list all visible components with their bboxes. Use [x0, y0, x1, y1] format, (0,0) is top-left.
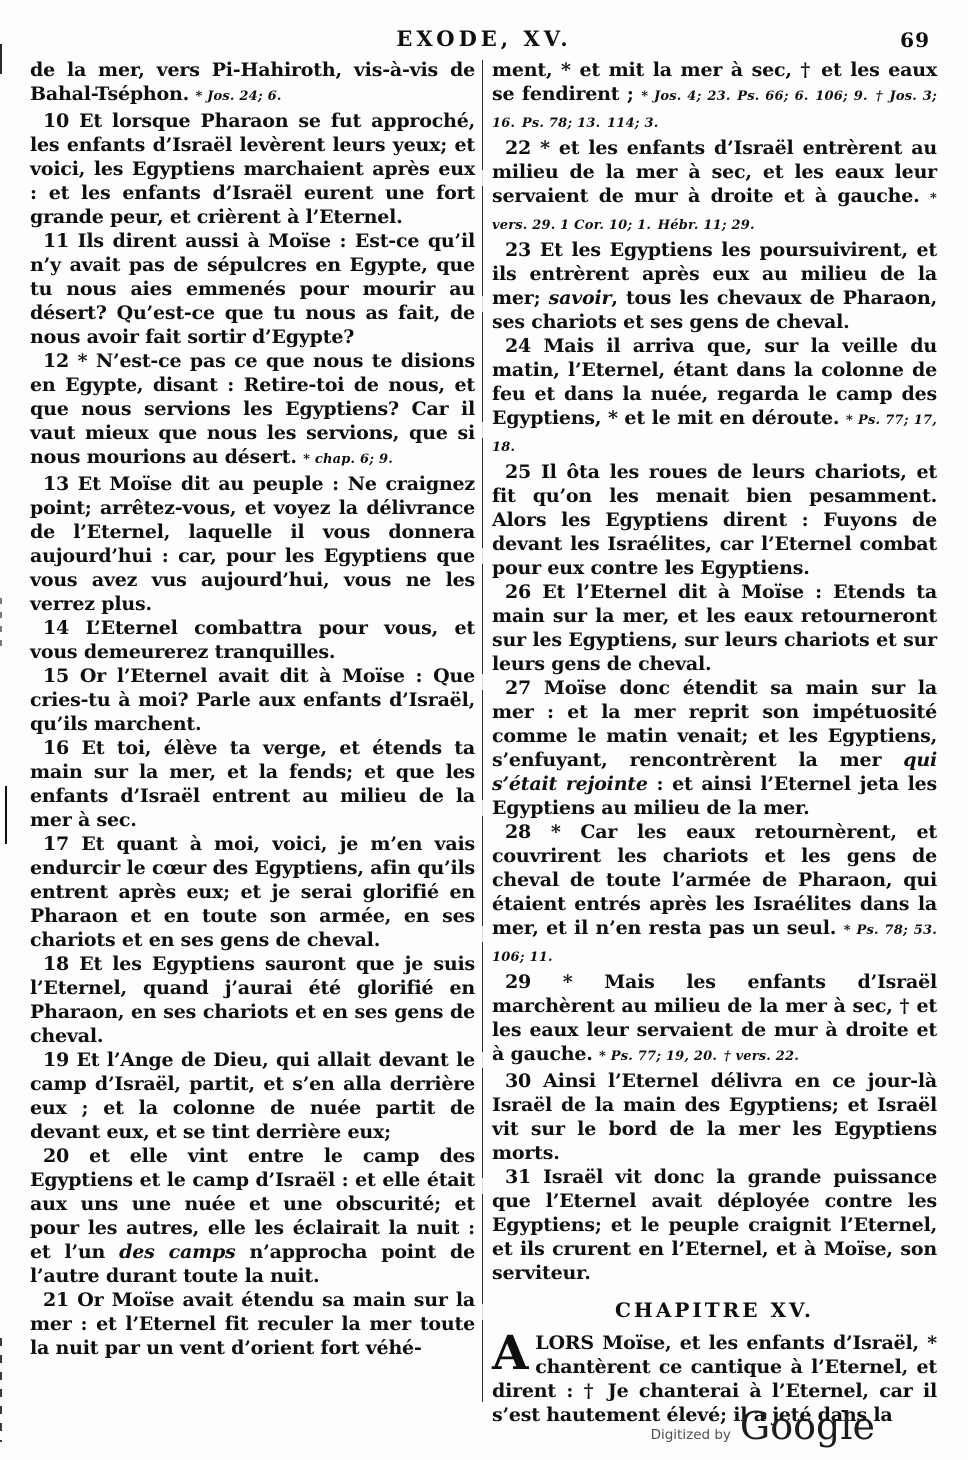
- text-run: 22 * et les enfants d’Israël entrèrent a…: [492, 137, 937, 207]
- paragraph: 18 Et les Egyptiens sauront que je suis …: [30, 952, 475, 1048]
- paragraph: 15 Or l’Eternel avait dit à Moïse : Que …: [30, 664, 475, 736]
- text-run: 19 Et l’Ange de Dieu, qui allait devant …: [30, 1049, 475, 1143]
- text-run: 17 Et quant à moi, voici, je m’en vais e…: [30, 833, 475, 951]
- scan-footer: Digitized by Google: [651, 1404, 875, 1448]
- paragraph: 29 * Mais les enfants d’Israël marchèren…: [492, 970, 937, 1069]
- paragraph: ment, * et mit la mer à sec, † et les ea…: [492, 58, 937, 136]
- crossref: * chap. 6; 9.: [303, 452, 393, 467]
- paragraph: 17 Et quant à moi, voici, je m’en vais e…: [30, 832, 475, 952]
- column-left: de la mer, vers Pi-Hahiroth, vis-à-vis d…: [30, 58, 475, 1427]
- text-run: 21 Or Moïse avait étendu sa main sur la …: [30, 1289, 475, 1359]
- page-header: EXODE, XV. 69: [0, 26, 968, 54]
- paragraph: 24 Mais il arriva que, sur la veille du …: [492, 334, 937, 460]
- scanned-page: EXODE, XV. 69 de la mer, vers Pi-Hahirot…: [0, 0, 968, 1460]
- paragraph: 31 Israël vit donc la grande puissance q…: [492, 1165, 937, 1285]
- text-run: 15 Or l’Eternel avait dit à Moïse : Que …: [30, 665, 475, 735]
- paragraph: 10 Et lorsque Pharaon se fut approché, l…: [30, 109, 475, 229]
- paragraph: 25 Il ôta les roues de leurs chariots, e…: [492, 460, 937, 580]
- paragraph: de la mer, vers Pi-Hahiroth, vis-à-vis d…: [30, 58, 475, 109]
- text-run: CHAPITRE XV.: [615, 1298, 814, 1322]
- italic-phrase: savoir: [549, 287, 612, 309]
- text-run: 18 Et les Egyptiens sauront que je suis …: [30, 953, 475, 1047]
- text-run: 12 * N’est-ce pas ce que nous te disions…: [30, 350, 475, 468]
- paragraph: 16 Et toi, élève ta verge, et étends ta …: [30, 736, 475, 832]
- scan-artifact: [0, 598, 2, 650]
- text-run: 14 L’Eternel combattra pour vous, et vou…: [30, 617, 475, 663]
- paragraph: 11 Ils dirent aussi à Moïse : Est-ce qu’…: [30, 229, 475, 349]
- text-run: 10 Et lorsque Pharaon se fut approché, l…: [30, 110, 475, 228]
- running-title: EXODE, XV.: [0, 26, 968, 51]
- google-logo: Google: [740, 1404, 875, 1448]
- paragraph: 23 Et les Egyptiens les poursuivirent, e…: [492, 238, 937, 334]
- chapter-heading: CHAPITRE XV.: [492, 1298, 937, 1322]
- scan-artifact: [0, 1338, 2, 1442]
- crossref: * Jos. 24; 6.: [195, 89, 281, 104]
- paragraph: 13 Et Moïse dit au peuple : Ne craignez …: [30, 472, 475, 616]
- paragraph: 14 L’Eternel combattra pour vous, et vou…: [30, 616, 475, 664]
- paragraph: 26 Et l’Eternel dit à Moïse : Etends ta …: [492, 580, 937, 676]
- paragraph: 21 Or Moïse avait étendu sa main sur la …: [30, 1288, 475, 1360]
- paragraph: 22 * et les enfants d’Israël entrèrent a…: [492, 136, 937, 238]
- text-run: 28 * Car les eaux retournèrent, et couvr…: [492, 821, 937, 939]
- paragraph: 27 Moïse donc étendit sa main sur la mer…: [492, 676, 937, 820]
- text-run: 26 Et l’Eternel dit à Moïse : Etends ta …: [492, 581, 937, 675]
- text-columns: de la mer, vers Pi-Hahiroth, vis-à-vis d…: [30, 58, 938, 1427]
- text-run: 13 Et Moïse dit au peuple : Ne craignez …: [30, 473, 475, 615]
- crossref: * Ps. 77; 19, 20. † vers. 22.: [599, 1049, 799, 1064]
- scan-artifact: [5, 786, 7, 844]
- paragraph: 30 Ainsi l’Eternel délivra en ce jour-là…: [492, 1069, 937, 1165]
- text-run: 16 Et toi, élève ta verge, et étends ta …: [30, 737, 475, 831]
- page-number: 69: [900, 28, 930, 52]
- text-run: 30 Ainsi l’Eternel délivra en ce jour-là…: [492, 1070, 937, 1164]
- paragraph: 20 et elle vint entre le camp des Egypti…: [30, 1144, 475, 1288]
- paragraph: 28 * Car les eaux retournèrent, et couvr…: [492, 820, 937, 970]
- text-run: 11 Ils dirent aussi à Moïse : Est-ce qu’…: [30, 230, 475, 348]
- italic-phrase: des camps: [119, 1241, 235, 1263]
- column-right: ment, * et mit la mer à sec, † et les ea…: [492, 58, 937, 1427]
- text-run: 27 Moïse donc étendit sa main sur la mer…: [492, 677, 937, 771]
- paragraph: 19 Et l’Ange de Dieu, qui allait devant …: [30, 1048, 475, 1144]
- digitized-by-label: Digitized by: [651, 1427, 731, 1443]
- paragraph: 12 * N’est-ce pas ce que nous te disions…: [30, 349, 475, 472]
- text-run: 25 Il ôta les roues de leurs chariots, e…: [492, 461, 937, 579]
- text-run: 31 Israël vit donc la grande puissance q…: [492, 1166, 937, 1284]
- drop-cap-letter: A: [492, 1331, 535, 1373]
